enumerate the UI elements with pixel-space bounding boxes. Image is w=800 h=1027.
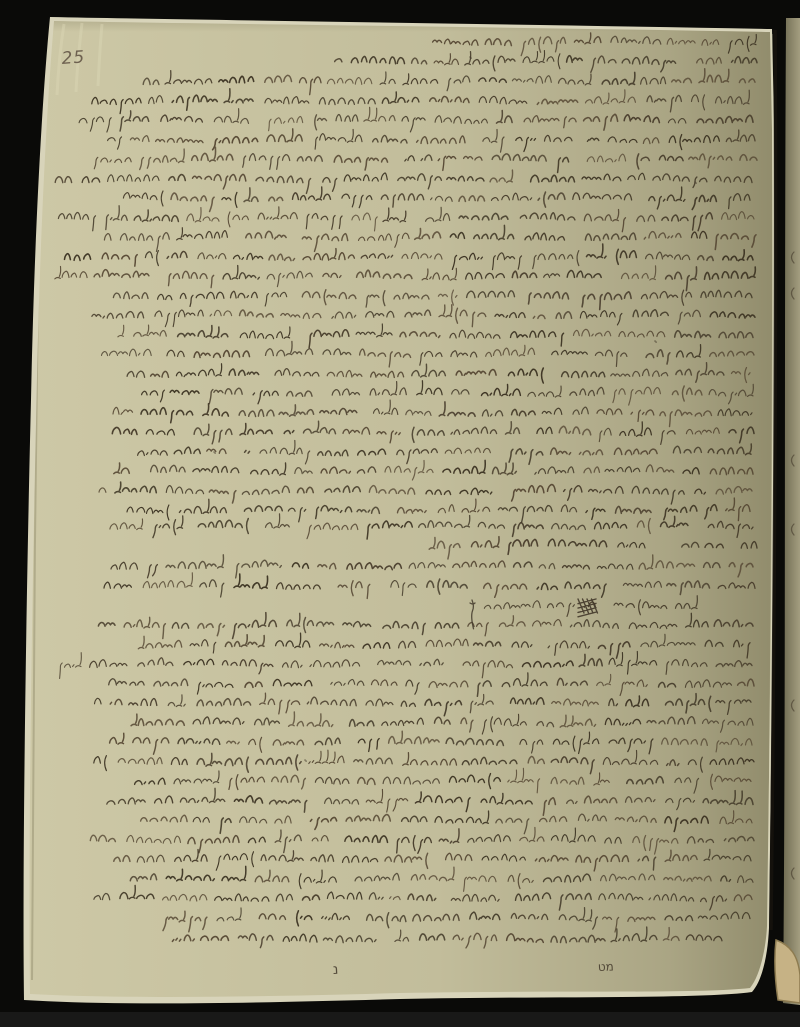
catchword-mem-tet: מט <box>598 959 614 974</box>
adjacent-page-edge <box>783 18 800 1005</box>
ink-speck <box>655 341 656 342</box>
ink-speck <box>470 57 471 58</box>
ink-speck <box>214 452 215 453</box>
manuscript-scan: 25 נ מט <box>0 0 800 1027</box>
ink-speck <box>305 760 306 761</box>
scanner-bed-band <box>0 1012 800 1027</box>
page-number: 25 <box>61 47 86 69</box>
top-edge-shadow <box>20 15 780 155</box>
ink-speck <box>695 182 696 183</box>
catchword-nun: נ <box>332 962 338 978</box>
